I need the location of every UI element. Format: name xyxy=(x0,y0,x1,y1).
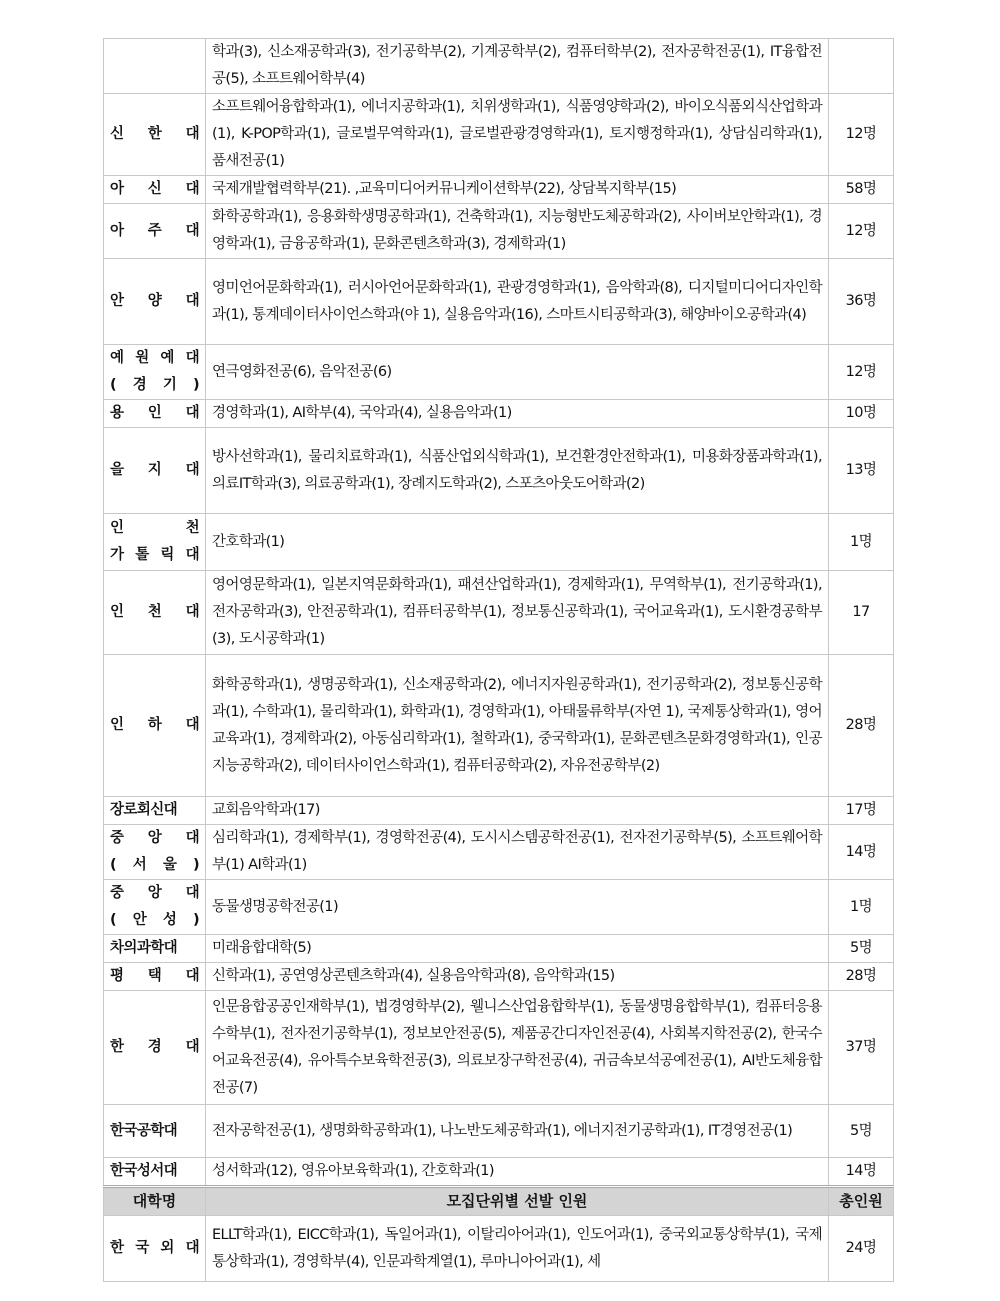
departments-cell: 경영학과(1), AI학부(4), 국악과(4), 실용음악과(1) xyxy=(206,400,829,428)
table-row: 용 인 대 경영학과(1), AI학부(4), 국악과(4), 실용음악과(1)… xyxy=(104,400,894,428)
table-row: 차의과학대 미래융합대학(5) 5명 xyxy=(104,935,894,963)
total-cell: 13명 xyxy=(829,428,894,514)
table-row: 한국성서대 성서학과(12), 영유아보육학과(1), 간호학과(1) 14명 xyxy=(104,1158,894,1187)
university-cell: 안 양 대 xyxy=(104,259,206,345)
total-cell: 12명 xyxy=(829,94,894,176)
total-cell: 24명 xyxy=(829,1216,894,1282)
departments-cell: 교회음악학과(17) xyxy=(206,797,829,825)
university-name-line: 가 톨 릭 대 xyxy=(110,542,199,569)
university-cell: 한국공학대 xyxy=(104,1105,206,1158)
university-cell: 인 하 대 xyxy=(104,655,206,797)
departments-cell: ELLT학과(1), EICC학과(1), 독일어과(1), 이탈리아어과(1)… xyxy=(206,1216,829,1282)
university-cell: 예 원 예 대 ( 경 기 ) xyxy=(104,345,206,400)
table-row: 중 앙 대 ( 서 울 ) 심리학과(1), 경제학부(1), 경영학전공(4)… xyxy=(104,825,894,880)
table-row: 아 주 대 화학공학과(1), 응용화학생명공학과(1), 건축학과(1), 지… xyxy=(104,204,894,259)
university-cell: 아 신 대 xyxy=(104,176,206,204)
university-cell: 차의과학대 xyxy=(104,935,206,963)
departments-cell: 신학과(1), 공연영상콘텐츠학과(4), 실용음악학과(8), 음악학과(15… xyxy=(206,963,829,991)
departments-cell: 성서학과(12), 영유아보육학과(1), 간호학과(1) xyxy=(206,1158,829,1187)
table-header-row: 대학명 모집단위별 선발 인원 총인원 xyxy=(104,1187,894,1216)
total-cell: 28명 xyxy=(829,655,894,797)
table-row: 인 천 대 영어영문학과(1), 일본지역문화학과(1), 패션산업학과(1),… xyxy=(104,571,894,655)
table-row: 장로회신대 교회음악학과(17) 17명 xyxy=(104,797,894,825)
total-cell: 12명 xyxy=(829,345,894,400)
total-cell: 17명 xyxy=(829,797,894,825)
table-row: 신 한 대 소프트웨어융합학과(1), 에너지공학과(1), 치위생학과(1),… xyxy=(104,94,894,176)
university-cell: 을 지 대 xyxy=(104,428,206,514)
table-body-top: 학과(3), 신소재공학과(3), 전기공학부(2), 기계공학부(2), 컴퓨… xyxy=(104,39,894,1282)
departments-cell: 연극영화전공(6), 음악전공(6) xyxy=(206,345,829,400)
departments-cell: 화학공학과(1), 생명공학과(1), 신소재공학과(2), 에너지자원공학과(… xyxy=(206,655,829,797)
departments-cell: 국제개발협력학부(21). ,교육미디어커뮤니케이션학부(22), 상담복지학부… xyxy=(206,176,829,204)
university-name-line: ( 안 성 ) xyxy=(110,907,199,934)
total-cell: 10명 xyxy=(829,400,894,428)
departments-cell: 소프트웨어융합학과(1), 에너지공학과(1), 치위생학과(1), 식품영양학… xyxy=(206,94,829,176)
total-cell: 5명 xyxy=(829,935,894,963)
departments-cell: 화학공학과(1), 응용화학생명공학과(1), 건축학과(1), 지능형반도체공… xyxy=(206,204,829,259)
total-cell: 17 xyxy=(829,571,894,655)
university-cell: 중 앙 대 ( 서 울 ) xyxy=(104,825,206,880)
table-row: 인 하 대 화학공학과(1), 생명공학과(1), 신소재공학과(2), 에너지… xyxy=(104,655,894,797)
departments-cell: 영미언어문화학과(1), 러시아언어문화학과(1), 관광경영학과(1), 음악… xyxy=(206,259,829,345)
header-units: 모집단위별 선발 인원 xyxy=(206,1187,829,1216)
departments-cell: 학과(3), 신소재공학과(3), 전기공학부(2), 기계공학부(2), 컴퓨… xyxy=(206,39,829,94)
university-cell: 한국성서대 xyxy=(104,1158,206,1187)
departments-cell: 심리학과(1), 경제학부(1), 경영학전공(4), 도시시스템공학전공(1)… xyxy=(206,825,829,880)
university-cell: 한 국 외 대 xyxy=(104,1216,206,1282)
university-cell: 중 앙 대 ( 안 성 ) xyxy=(104,880,206,935)
total-cell: 5명 xyxy=(829,1105,894,1158)
university-name-line: 인 천 xyxy=(110,515,199,542)
university-cell: 평 택 대 xyxy=(104,963,206,991)
total-cell: 12명 xyxy=(829,204,894,259)
header-total: 총인원 xyxy=(829,1187,894,1216)
table-row: 을 지 대 방사선학과(1), 물리치료학과(1), 식품산업외식학과(1), … xyxy=(104,428,894,514)
university-name-line: ( 서 울 ) xyxy=(110,852,199,879)
university-name-line: ( 경 기 ) xyxy=(110,372,199,399)
departments-cell: 미래융합대학(5) xyxy=(206,935,829,963)
table-row: 예 원 예 대 ( 경 기 ) 연극영화전공(6), 음악전공(6) 12명 xyxy=(104,345,894,400)
university-cell xyxy=(104,39,206,94)
table-row: 한 국 외 대 ELLT학과(1), EICC학과(1), 독일어과(1), 이… xyxy=(104,1216,894,1282)
departments-cell: 간호학과(1) xyxy=(206,514,829,571)
table-row: 학과(3), 신소재공학과(3), 전기공학부(2), 기계공학부(2), 컴퓨… xyxy=(104,39,894,94)
total-cell: 14명 xyxy=(829,825,894,880)
admissions-table: 학과(3), 신소재공학과(3), 전기공학부(2), 기계공학부(2), 컴퓨… xyxy=(103,38,894,1282)
university-cell: 인 천 가 톨 릭 대 xyxy=(104,514,206,571)
total-cell: 58명 xyxy=(829,176,894,204)
university-cell: 장로회신대 xyxy=(104,797,206,825)
departments-cell: 인문융합공공인재학부(1), 법경영학부(2), 웰니스산업융합학부(1), 동… xyxy=(206,991,829,1105)
departments-cell: 방사선학과(1), 물리치료학과(1), 식품산업외식학과(1), 보건환경안전… xyxy=(206,428,829,514)
total-cell: 36명 xyxy=(829,259,894,345)
table-row: 한 경 대 인문융합공공인재학부(1), 법경영학부(2), 웰니스산업융합학부… xyxy=(104,991,894,1105)
departments-cell: 전자공학전공(1), 생명화학공학과(1), 나노반도체공학과(1), 에너지전… xyxy=(206,1105,829,1158)
university-name-line: 예 원 예 대 xyxy=(110,345,199,372)
departments-cell: 영어영문학과(1), 일본지역문화학과(1), 패션산업학과(1), 경제학과(… xyxy=(206,571,829,655)
university-cell: 용 인 대 xyxy=(104,400,206,428)
total-cell: 28명 xyxy=(829,963,894,991)
total-cell: 1명 xyxy=(829,514,894,571)
header-university: 대학명 xyxy=(104,1187,206,1216)
table-row: 아 신 대 국제개발협력학부(21). ,교육미디어커뮤니케이션학부(22), … xyxy=(104,176,894,204)
university-cell: 아 주 대 xyxy=(104,204,206,259)
total-cell: 14명 xyxy=(829,1158,894,1187)
total-cell xyxy=(829,39,894,94)
table-row: 인 천 가 톨 릭 대 간호학과(1) 1명 xyxy=(104,514,894,571)
university-cell: 한 경 대 xyxy=(104,991,206,1105)
university-name-line: 중 앙 대 xyxy=(110,825,199,852)
total-cell: 1명 xyxy=(829,880,894,935)
university-cell: 신 한 대 xyxy=(104,94,206,176)
departments-cell: 동물생명공학전공(1) xyxy=(206,880,829,935)
total-cell: 37명 xyxy=(829,991,894,1105)
university-cell: 인 천 대 xyxy=(104,571,206,655)
table-row: 평 택 대 신학과(1), 공연영상콘텐츠학과(4), 실용음악학과(8), 음… xyxy=(104,963,894,991)
table-row: 안 양 대 영미언어문화학과(1), 러시아언어문화학과(1), 관광경영학과(… xyxy=(104,259,894,345)
table-row: 한국공학대 전자공학전공(1), 생명화학공학과(1), 나노반도체공학과(1)… xyxy=(104,1105,894,1158)
university-name-line: 중 앙 대 xyxy=(110,880,199,907)
table-row: 중 앙 대 ( 안 성 ) 동물생명공학전공(1) 1명 xyxy=(104,880,894,935)
